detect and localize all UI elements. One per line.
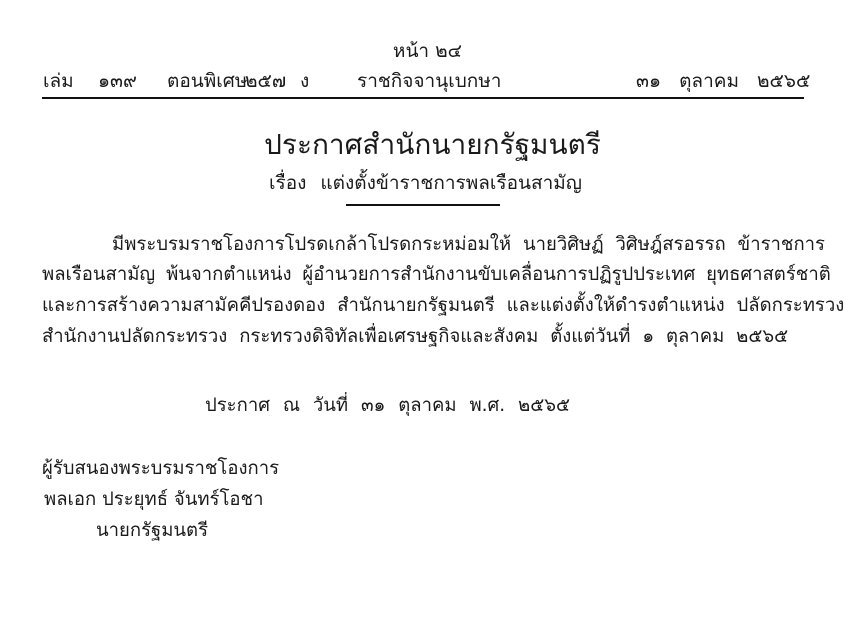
signatory-name: พลเอก ประยุทธ์ จันทร์โอชา (44, 485, 263, 514)
header-rule (42, 97, 804, 99)
publication-name: ราชกิจจานุเบกษา (357, 66, 501, 96)
section-label: ตอนพิเศษ (167, 66, 247, 96)
section-number: ๒๕๗ (245, 66, 286, 96)
volume-number: ๑๓๙ (98, 66, 137, 96)
body-line: สำนักงานปลัดกระทรวง กระทรวงดิจิทัลเพื่อเ… (42, 322, 788, 351)
publication-date: ๓๑ ตุลาคม ๒๕๖๕ (636, 66, 810, 96)
volume-label: เล่ม (43, 66, 74, 96)
document-subject: เรื่องแต่งตั้งข้าราชการพลเรือนสามัญ (0, 168, 845, 198)
body-line: และการสร้างความสามัคคีปรองดอง สำนักนายกร… (42, 291, 844, 320)
subject-text: แต่งตั้งข้าราชการพลเรือนสามัญ (320, 172, 582, 194)
section-letter: ง (300, 66, 309, 96)
document-title: ประกาศสำนักนายกรัฐมนตรี (0, 123, 845, 167)
body-line: พลเรือนสามัญ พ้นจากตำแหน่ง ผู้อำนวยการสำ… (42, 260, 831, 289)
subject-label: เรื่อง (269, 172, 306, 194)
countersign-label: ผู้รับสนองพระบรมราชโองการ (42, 454, 279, 483)
announcement-date: ประกาศ ณ วันที่ ๓๑ ตุลาคม พ.ศ. ๒๕๖๕ (205, 391, 570, 420)
title-divider (346, 204, 500, 206)
body-line: มีพระบรมราชโองการโปรดเกล้าโปรดกระหม่อมให… (112, 230, 825, 259)
page-number: หน้า ๒๔ (0, 36, 845, 66)
signatory-position: นายกรัฐมนตรี (96, 516, 208, 545)
